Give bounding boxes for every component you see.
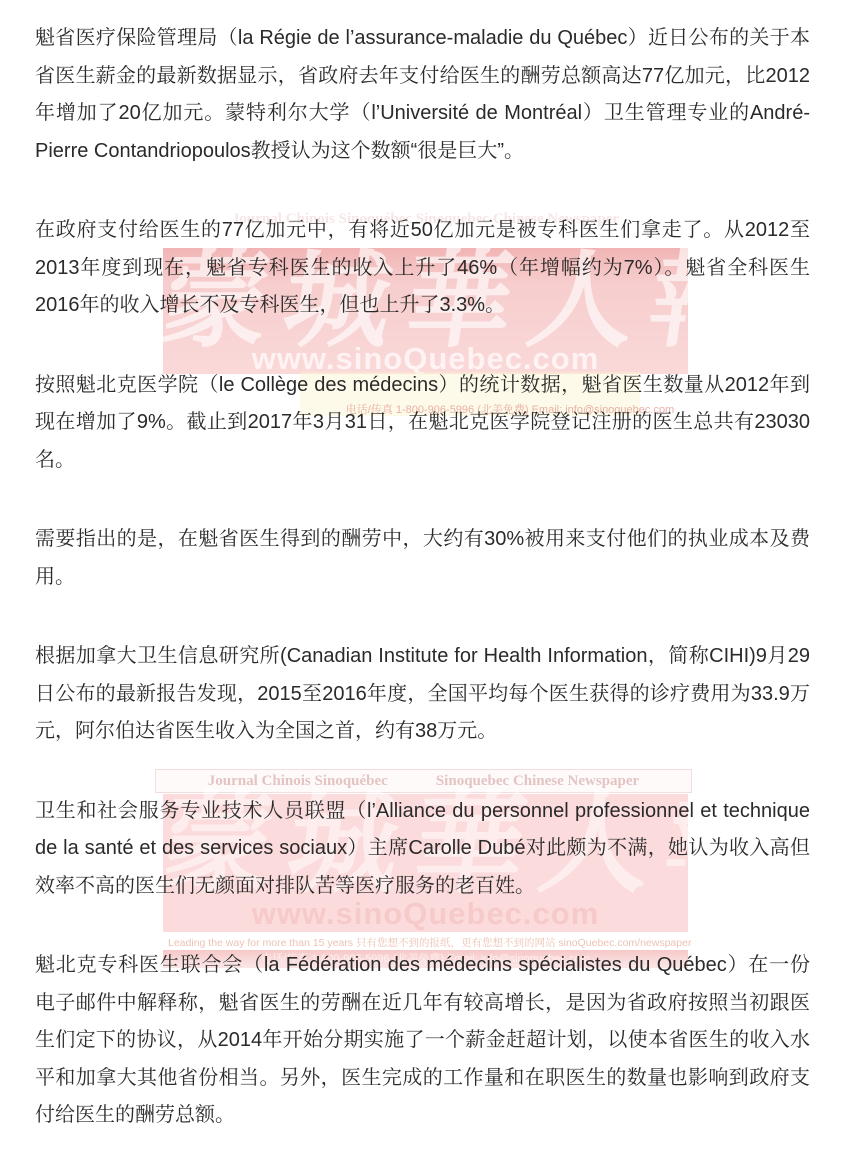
article-paragraph-6: 卫生和社会服务专业技术人员联盟（l’Alliance du personnel … — [35, 793, 810, 906]
article-paragraph-5: 根据加拿大卫生信息研究所(Canadian Institute for Heal… — [35, 638, 810, 751]
article-body: 魁省医疗保险管理局（la Régie de l’assurance-maladi… — [0, 0, 841, 1135]
article-paragraph-3: 按照魁北克医学院（le Collège des médecins）的统计数据，魁… — [35, 367, 810, 480]
article-paragraph-2: 在政府支付给医生的77亿加元中，有将近50亿加元是被专科医生们拿走了。从2012… — [35, 212, 810, 325]
article-paragraph-4: 需要指出的是，在魁省医生得到的酬劳中，大约有30%被用来支付他们的执业成本及费用… — [35, 521, 810, 596]
article-paragraph-1: 魁省医疗保险管理局（la Régie de l’assurance-maladi… — [35, 20, 810, 170]
article-paragraph-7: 魁北克专科医生联合会（la Fédération des médecins sp… — [35, 947, 810, 1135]
